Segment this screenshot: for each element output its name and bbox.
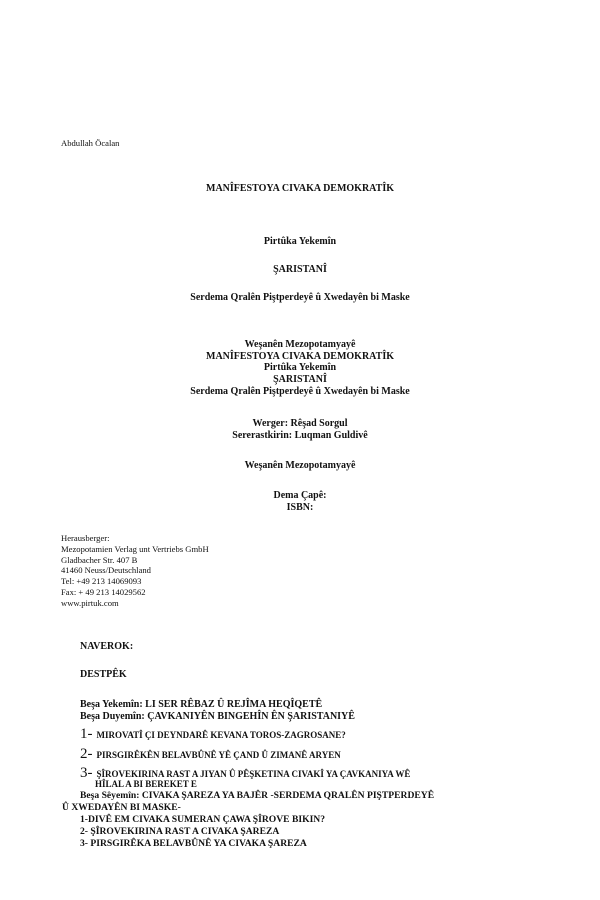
toc-part3-item-2: 2- ŞÎROVEKIRINA RAST A CIVAKA ŞAREZA	[80, 826, 279, 837]
imprint-block: Weşanên Mezopotamyayê MANÎFESTOYA CIVAKA…	[0, 339, 600, 398]
item-number: 1-	[80, 726, 93, 742]
imprint-subtitle-sub: Serdema Qralên Piştperdeyê û Xwedayên bi…	[0, 386, 600, 398]
book-number: Pirtûka Yekemîn	[0, 236, 600, 248]
item-text: ŞÎROVEKIRINA RAST A JIYAN Û PÊŞKETINA CI…	[97, 769, 411, 779]
print-info-block: Dema Çapê: ISBN:	[0, 490, 600, 514]
toc-part2-item-3-continuation: HÎLAL A BI BEREKET E	[95, 779, 197, 789]
publisher-city: 41460 Neuss/Deutschland	[61, 565, 209, 576]
credits-block: Werger: Rêşad Sorgul Sererastkirin: Luqm…	[0, 418, 600, 442]
publisher-website: www.pirtuk.com	[61, 598, 209, 609]
toc-part-3: Beşa Sêyemîn: CIVAKA ŞAREZA YA BAJÊR -SE…	[80, 790, 434, 801]
item-number: 2-	[80, 746, 93, 762]
document-title: MANÎFESTOYA CIVAKA DEMOKRATÎK	[0, 183, 600, 195]
toc-part3-item-3: 3- PIRSGIRÊKA BELAVBÛNÊ YA CIVAKA ŞAREZA	[80, 838, 307, 849]
isbn: ISBN:	[0, 502, 600, 514]
toc-intro: DESTPÊK	[80, 669, 127, 681]
toc-heading: NAVEROK:	[80, 641, 133, 653]
publisher-company: Mezopotamien Verlag unt Vertriebs GmbH	[61, 544, 209, 555]
imprint-subtitle-main: ŞARISTANÎ	[0, 374, 600, 386]
item-text: MIROVATÎ ÇI DEYNDARÊ KEVANA TOROS-ZAGROS…	[97, 730, 346, 740]
item-text: PIRSGIRÊKÊN BELAVBÛNÊ YÊ ÇAND Û ZIMANÊ A…	[97, 750, 341, 760]
toc-part-1: Beşa Yekemîn: LI SER RÊBAZ Û REJÎMA HEQÎ…	[80, 699, 355, 711]
publisher-fax: Fax: + 49 213 14029562	[61, 587, 209, 598]
publisher-street: Gladbacher Str. 407 B	[61, 555, 209, 566]
item-number: 3-	[80, 765, 93, 781]
publisher-name: Weşanên Mezopotamyayê	[0, 460, 600, 472]
publisher-phone: Tel: +49 213 14069093	[61, 576, 209, 587]
imprint-publisher: Weşanên Mezopotamyayê	[0, 339, 600, 351]
imprint-title: MANÎFESTOYA CIVAKA DEMOKRATÎK	[0, 351, 600, 363]
translator: Werger: Rêşad Sorgul	[0, 418, 600, 430]
toc-part2-item-1: 1- MIROVATÎ ÇI DEYNDARÊ KEVANA TOROS-ZAG…	[80, 725, 346, 743]
toc-part-3-continuation: Û XWEDAYÊN BI MASKE-	[62, 802, 181, 813]
editor: Sererastkirin: Luqman Guldivê	[0, 430, 600, 442]
toc-parts: Beşa Yekemîn: LI SER RÊBAZ Û REJÎMA HEQÎ…	[80, 699, 355, 723]
toc-part-2: Beşa Duyemîn: ÇAVKANIYÊN BINGEHÎN ÊN ŞAR…	[80, 711, 355, 723]
author-name: Abdullah Öcalan	[61, 138, 119, 149]
imprint-book: Pirtûka Yekemîn	[0, 362, 600, 374]
toc-part3-item-1: 1-DIVÊ EM CIVAKA SUMERAN ÇAWA ŞÎROVE BIK…	[80, 814, 325, 825]
subtitle-sub: Serdema Qralên Piştperdeyê û Xwedayên bi…	[0, 292, 600, 304]
subtitle-main: ŞARISTANÎ	[0, 264, 600, 276]
publisher-label: Herausberger:	[61, 533, 209, 544]
toc-part2-item-2: 2- PIRSGIRÊKÊN BELAVBÛNÊ YÊ ÇAND Û ZIMAN…	[80, 745, 341, 763]
publisher-address-block: Herausberger: Mezopotamien Verlag unt Ve…	[61, 533, 209, 609]
print-date: Dema Çapê:	[0, 490, 600, 502]
